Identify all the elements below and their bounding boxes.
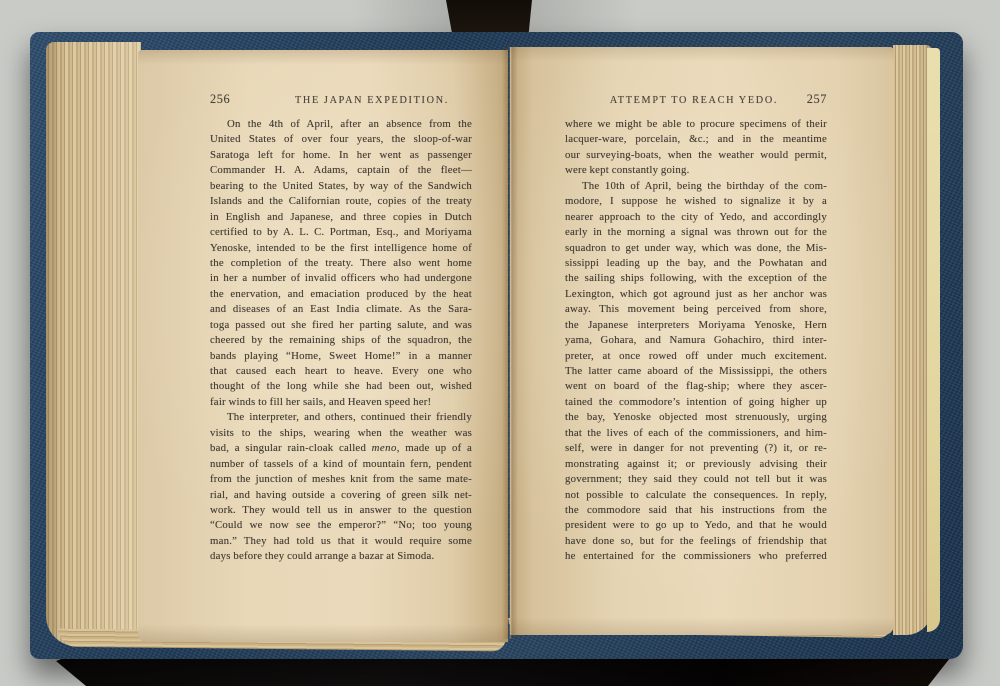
- text-line: that the lives of each of the commission…: [565, 426, 827, 441]
- text-line: early in the morning a signal was thrown…: [565, 225, 827, 240]
- text-line: that caused each heart to heave. Every o…: [210, 364, 472, 379]
- text-line: in English and Japanese, and three copie…: [210, 210, 472, 225]
- text-line: were kept constantly going.: [565, 163, 827, 178]
- left-running-header: 256 THE JAPAN EXPEDITION.: [210, 92, 472, 106]
- text-line: On the 4th of April, after an absence fr…: [210, 117, 472, 132]
- text-line: the Japanese interpreters Moriyama Yenos…: [565, 318, 827, 333]
- text-line: went on board of the flag-ship; where th…: [565, 379, 827, 394]
- text-line: days before they could arrange a bazar a…: [210, 549, 472, 564]
- text-line: number of tassels of a kind of mountain …: [210, 457, 472, 472]
- text-line: bands playing “Home, Sweet Home!” in a m…: [210, 349, 472, 364]
- text-line: from the junction of meshes knit from th…: [210, 472, 472, 487]
- text-line: tained the commodore’s intention of goin…: [565, 395, 827, 410]
- text-line: Saratoga left for home. In her went as p…: [210, 148, 472, 163]
- text-line: man.” They had told us that it would req…: [210, 534, 472, 549]
- text-line: The interpreter, and others, continued t…: [210, 410, 472, 425]
- text-line: our surveying-boats, when the weather wo…: [565, 148, 827, 163]
- text-line: rial, and having outside a covering of g…: [210, 488, 472, 503]
- text-line: have done so, but for the feelings of fr…: [565, 534, 827, 549]
- right-running-title: ATTEMPT TO REACH YEDO.: [610, 93, 778, 108]
- endpaper-edge: [927, 48, 940, 632]
- paragraph: The interpreter, and others, continued t…: [210, 410, 472, 564]
- text-line: squadron to get under way, which was don…: [565, 241, 827, 256]
- text-line: government; they said they could not tel…: [565, 472, 827, 487]
- text-line: monstrating against it; or previously ad…: [565, 457, 827, 472]
- text-line: bad, a singular rain-cloak called meno, …: [210, 441, 472, 456]
- text-line: away. This movement being perceived from…: [565, 302, 827, 317]
- right-page-number: 257: [807, 92, 827, 107]
- text-line: toga passed out she fired her parting sa…: [210, 318, 472, 333]
- text-line: in her a number of invalid officers who …: [210, 271, 472, 286]
- text-line: yama, Gohara, and Namura Gohachiro, thir…: [565, 333, 827, 348]
- paragraph: where we might be able to procure specim…: [565, 117, 827, 179]
- left-running-title: THE JAPAN EXPEDITION.: [295, 93, 449, 108]
- text-line: modore, I suppose he wished to signalize…: [565, 194, 827, 209]
- text-line: the sailing ships following, with the ex…: [565, 271, 827, 286]
- book-gutter: [502, 47, 518, 639]
- text-line: preter, at once rowed off under much exc…: [565, 349, 827, 364]
- left-page-text: 256 THE JAPAN EXPEDITION. On the 4th of …: [210, 92, 472, 565]
- text-line: he entertained for the commissioners who…: [565, 549, 827, 564]
- text-line: bearing to the United States, by way of …: [210, 179, 472, 194]
- text-line: fair winds to fill her sails, and Heaven…: [210, 395, 472, 410]
- text-line: the commodore said that his instructions…: [565, 503, 827, 518]
- text-line: sissippi leading up the bay, and the Pow…: [565, 256, 827, 271]
- left-page-body: On the 4th of April, after an absence fr…: [210, 117, 472, 565]
- text-line: Lexington, which got aground just as her…: [565, 287, 827, 302]
- text-line: where we might be able to procure specim…: [565, 117, 827, 132]
- text-line: thought of the long while she had been o…: [210, 379, 472, 394]
- text-line: Islands and the Californian route, copie…: [210, 194, 472, 209]
- right-running-header: ATTEMPT TO REACH YEDO. 257: [565, 92, 827, 106]
- paragraph: On the 4th of April, after an absence fr…: [210, 117, 472, 410]
- text-line: the bay, Yenoske objected most strenuous…: [565, 410, 827, 425]
- text-line: visits to the ships, wearing when the we…: [210, 426, 472, 441]
- text-line: and diseases of an East India climate. A…: [210, 302, 472, 317]
- text-line: The latter came aboard of the Mississipp…: [565, 364, 827, 379]
- text-line: cheered by the remaining ships of the sq…: [210, 333, 472, 348]
- right-page-body: where we might be able to procure specim…: [565, 117, 827, 565]
- text-line: self, were in danger for not preventing …: [565, 441, 827, 456]
- left-page-number: 256: [210, 92, 230, 107]
- photo-of-open-book: 256 THE JAPAN EXPEDITION. On the 4th of …: [0, 0, 1000, 686]
- paragraph: The 10th of April, being the birthday of…: [565, 179, 827, 565]
- text-line: certified to by A. L. C. Portman, Esq., …: [210, 225, 472, 240]
- text-line: the enervation, and emaciation produced …: [210, 287, 472, 302]
- text-line: United States of over four years, the sl…: [210, 132, 472, 147]
- text-line: nearer approach to the city of Yedo, and…: [565, 210, 827, 225]
- text-line: “Could we now see the emperor?” “No; too…: [210, 518, 472, 533]
- text-line: The 10th of April, being the birthday of…: [565, 179, 827, 194]
- text-line: Commander H. A. Adams, captain of the fl…: [210, 163, 472, 178]
- text-line: work. They would tell us in answer to th…: [210, 503, 472, 518]
- text-line: not possible to calculate the consequenc…: [565, 488, 827, 503]
- text-line: president were to go up to Yedo, and tha…: [565, 518, 827, 533]
- right-page-text: ATTEMPT TO REACH YEDO. 257 where we migh…: [565, 92, 827, 565]
- text-line: the completion of the treaty. There also…: [210, 256, 472, 271]
- page-edges-left: [46, 42, 141, 646]
- text-line: Yenoske, intended to be the first intell…: [210, 241, 472, 256]
- text-line: lacquer-ware, porcelain, &c.; and in the…: [565, 132, 827, 147]
